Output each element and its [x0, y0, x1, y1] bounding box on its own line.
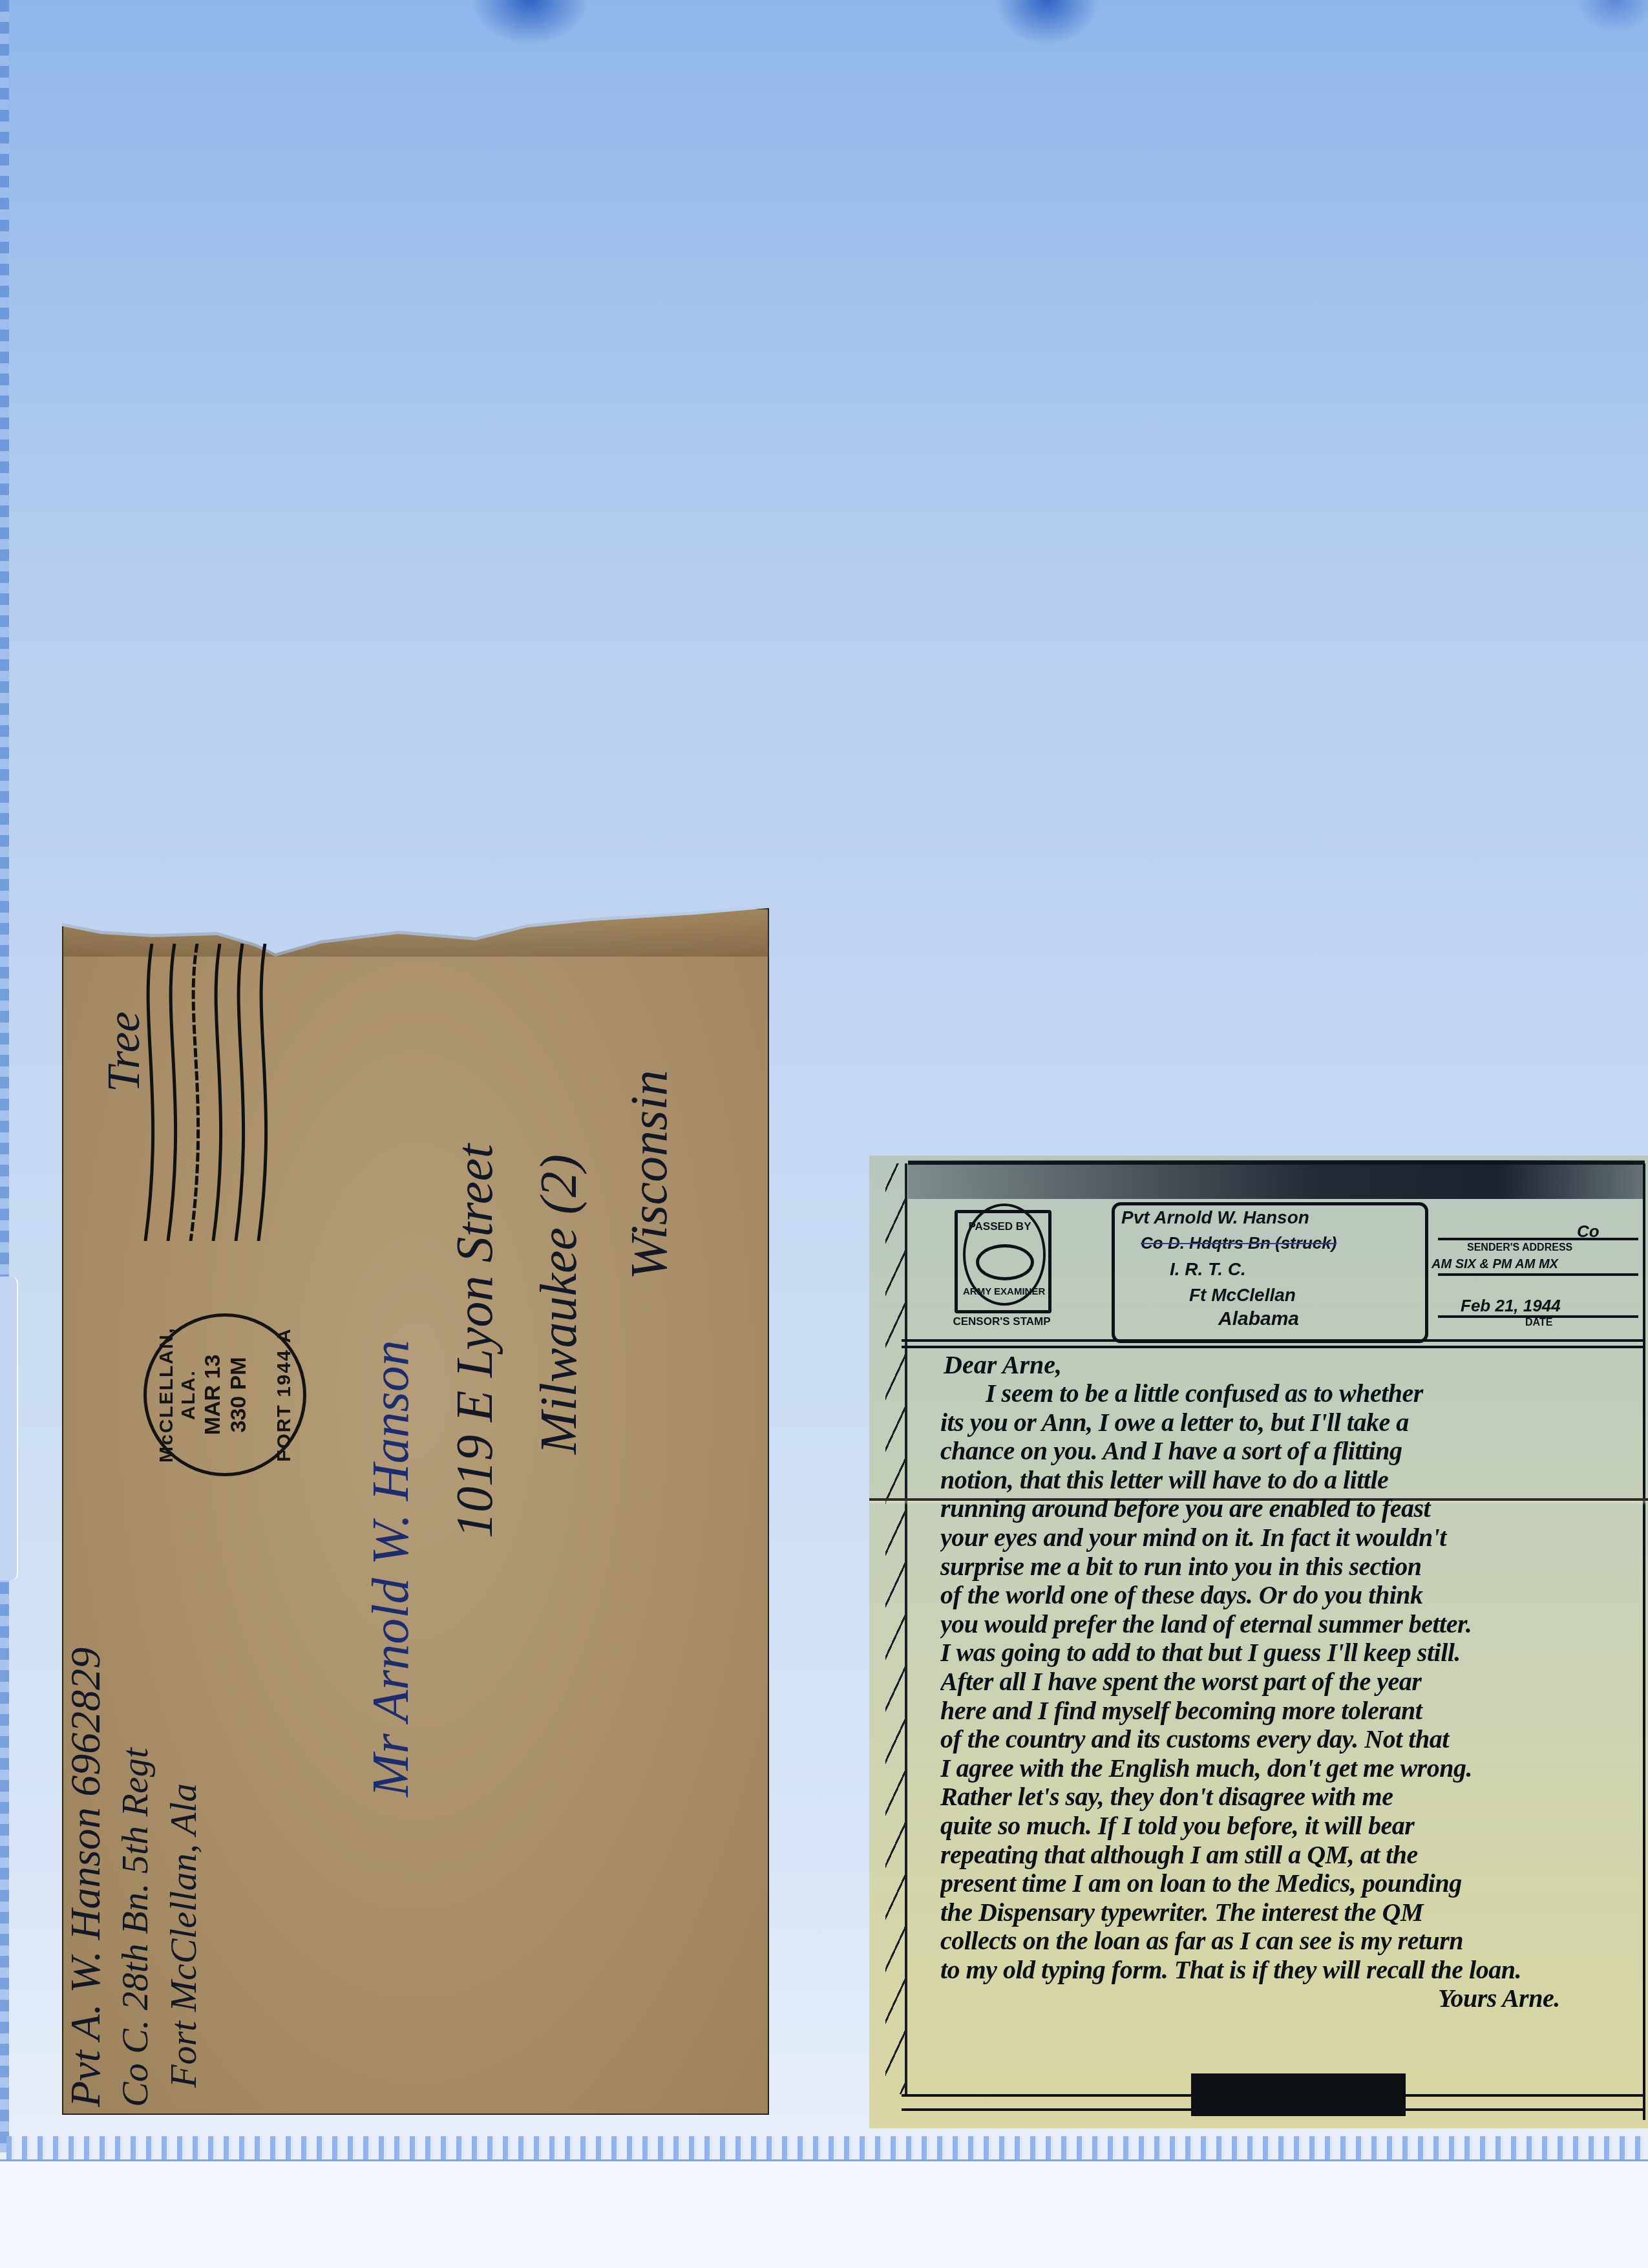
postmark-fort: FORT	[273, 1404, 295, 1462]
vmail-header-divider-2	[902, 1346, 1645, 1348]
postmark-city: McCLELLAN, ALA.	[156, 1317, 200, 1473]
vmail-top-rule	[908, 1161, 1645, 1165]
recipient-line-4: Wisconsin	[620, 1070, 679, 1280]
vmail-from-line-1: Pvt Arnold W. Hanson	[1121, 1207, 1309, 1228]
recipient-line-1: Mr Arnold W. Hanson	[362, 1340, 421, 1797]
postmark-date: MAR 13	[200, 1317, 226, 1473]
letter-line: I seem to be a little confused as to whe…	[940, 1379, 1638, 1408]
letter-line: chance on you. And I have a sort of a fl…	[940, 1437, 1638, 1466]
vmail-from-line-5: Alabama	[1218, 1308, 1299, 1330]
letter-line: collects on the loan as far as I can see…	[940, 1927, 1638, 1956]
vmail-margin-hatching	[885, 1163, 907, 2094]
page-bottom-margin	[0, 2161, 1648, 2268]
censor-stamp-caption: CENSOR'S STAMP	[950, 1315, 1053, 1328]
return-address-line-1: Pvt A. W. Hanson 6962829	[61, 1648, 111, 2107]
postmark-year: 1944	[273, 1349, 295, 1397]
letter-line: I agree with the English much, don't get…	[940, 1754, 1638, 1783]
vmail-from-line-4: Ft McClellan	[1189, 1285, 1296, 1306]
letter-line: notion, that this letter will have to do…	[940, 1466, 1638, 1495]
censor-passed-by: PASSED BY	[967, 1220, 1032, 1233]
postmark-fort-year: FORT 1944 A	[273, 1317, 295, 1473]
letter-closing: Yours Arne.	[940, 1984, 1638, 2013]
recipient-line-2: 1019 E Lyon Street	[446, 1144, 505, 1538]
letter-line: your eyes and your mind on it. In fact i…	[940, 1523, 1638, 1553]
postmark-time: 330 PM	[226, 1317, 251, 1473]
letter-line: repeating that although I am still a QM,…	[940, 1841, 1638, 1870]
postmark-station: A	[273, 1328, 295, 1343]
postmark: McCLELLAN, ALA. MAR 13 330 PM FORT 1944 …	[143, 1313, 306, 1476]
letter-line: here and I find myself becoming more tol…	[940, 1697, 1638, 1726]
vmail-right-border	[1643, 1163, 1645, 2120]
letter-line: surprise me a bit to run into you in thi…	[940, 1553, 1638, 1582]
letter-line: its you or Ann, I owe a letter to, but I…	[940, 1408, 1638, 1437]
return-address-line-2: Co C. 28th Bn. 5th Regt	[113, 1748, 156, 2107]
letter-line: Rather let's say, they don't disagree wi…	[940, 1783, 1638, 1812]
recipient-line-3: Milwaukee (2)	[530, 1154, 589, 1454]
letter-line: quite so much. If I told you before, it …	[940, 1812, 1638, 1841]
letter-line: of the country and its customs every day…	[940, 1725, 1638, 1754]
vmail-right-rule-2	[1438, 1273, 1638, 1276]
letter-line: After all I have spent the worst part of…	[940, 1668, 1638, 1697]
vmail-from-line-2: Co D. Hdqtrs Bn (struck)	[1141, 1233, 1336, 1253]
sleeve-top-shadow	[0, 0, 1648, 58]
letter-salutation: Dear Arne,	[940, 1351, 1638, 1379]
letter-line: you would prefer the land of eternal sum…	[940, 1610, 1638, 1639]
sleeve-side-tab	[0, 1277, 18, 1580]
redaction-block	[1191, 2073, 1406, 2116]
vmail-right-line-2: AM SIX & PM AM MX	[1431, 1257, 1558, 1272]
vmail-right-rule-1	[1438, 1238, 1638, 1240]
sleeve-bottom-seam	[0, 2136, 1648, 2161]
vmail-date-label: DATE	[1525, 1317, 1552, 1329]
vmail-from-line-3: I. R. T. C.	[1170, 1259, 1246, 1280]
postmark-date-time: MAR 13 330 PM	[200, 1317, 251, 1473]
letter-line: present time I am on loan to the Medics,…	[940, 1869, 1638, 1898]
letter-line: to my old typing form. That is if they w…	[940, 1956, 1638, 1985]
letter-body: Dear Arne, I seem to be a little confuse…	[940, 1351, 1638, 2013]
vmail-header-divider	[902, 1339, 1645, 1342]
censor-signature-icon	[976, 1244, 1034, 1280]
vmail-date: Feb 21, 1944	[1461, 1296, 1561, 1316]
letter-line: I was going to add to that but I guess I…	[940, 1638, 1638, 1668]
vmail-header-band	[908, 1160, 1645, 1199]
censor-army-examiner: ARMY EXAMINER	[963, 1286, 1041, 1297]
return-address-line-3: Fort McClellan, Ala	[162, 1783, 205, 2088]
envelope-corner-note: Tree	[97, 1012, 151, 1092]
letter-line: of the world one of these days. Or do yo…	[940, 1581, 1638, 1610]
postal-cancel-wavy-lines-icon	[139, 944, 288, 1241]
binder-perforation-edge	[0, 0, 9, 2152]
vmail-sender-address-label: SENDER'S ADDRESS	[1467, 1242, 1572, 1254]
letter-line: the Dispensary typewriter. The interest …	[940, 1898, 1638, 1927]
letter-line: running around before you are enabled to…	[940, 1494, 1638, 1523]
